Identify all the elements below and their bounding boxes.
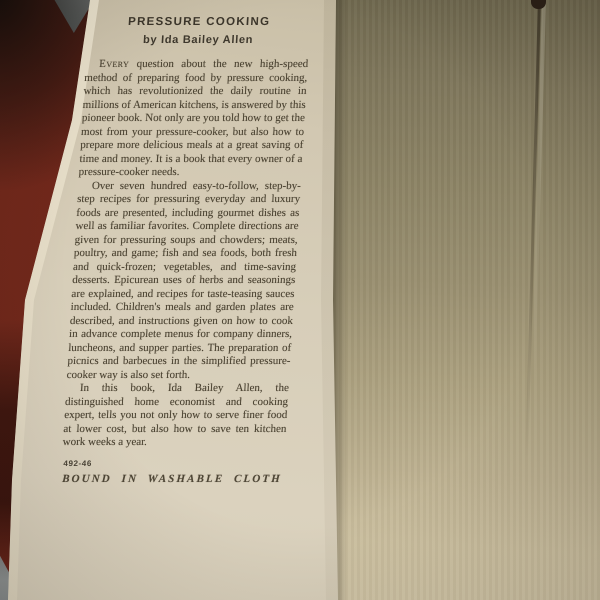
- paragraph-text: question about the new high-speed method…: [78, 58, 308, 178]
- flap-paragraph: In this book, Ida Bailey Allen, the dist…: [62, 382, 289, 450]
- book-cloth-interior: [318, 0, 600, 600]
- flap-paragraph: Over seven hundred easy-to-follow, step-…: [66, 180, 301, 383]
- flap-printed-text: PRESSURE COOKING by Ida Bailey Allen Eve…: [60, 16, 311, 485]
- lead-word: Every: [99, 58, 130, 70]
- binding-note: BOUND IN WASHABLE CLOTH: [60, 473, 284, 485]
- flap-title: PRESSURE COOKING: [87, 16, 311, 28]
- print-code: 492-46: [63, 459, 285, 468]
- flap-byline: by Ida Bailey Allen: [86, 34, 310, 46]
- book-flap-photo: { "flap": { "title": "PRESSURE COOKING",…: [0, 0, 600, 600]
- flap-body-copy: Every question about the new high-speed …: [62, 58, 308, 450]
- flap-paragraph: Every question about the new high-speed …: [78, 58, 308, 180]
